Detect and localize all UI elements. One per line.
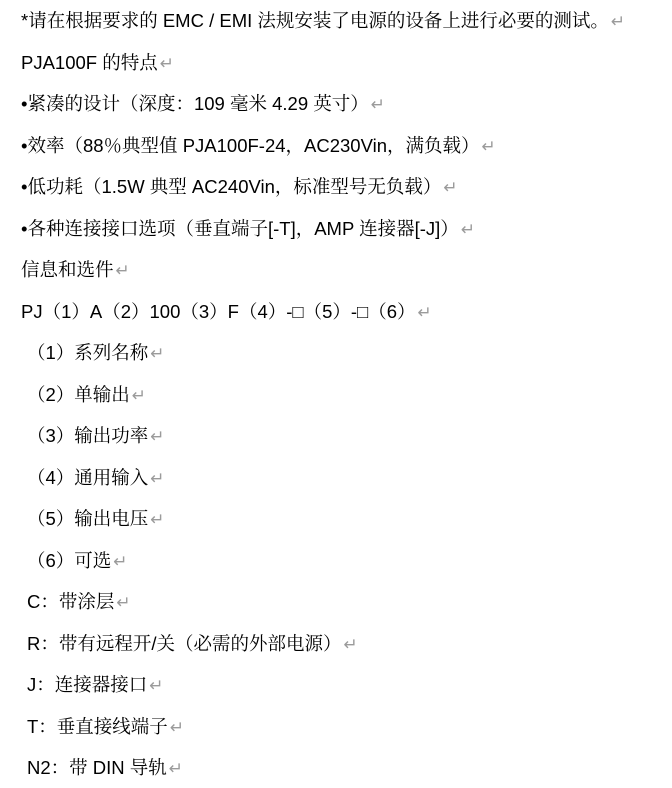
paragraph-line: （1）系列名称↵ <box>21 332 664 374</box>
paragraph-line: N2：带 DIN 导轨↵ <box>21 747 664 788</box>
paragraph-text: C：带涂层 <box>27 591 114 612</box>
paragraph-mark-icon: ↵ <box>461 220 475 239</box>
paragraph-mark-icon: ↵ <box>116 593 130 612</box>
paragraph-line: *请在根据要求的 EMC / EMI 法规安装了电源的设备上进行必要的测试。↵ <box>21 0 664 42</box>
paragraph-text: •效率（88％典型值 PJA100F-24，AC230Vin，满负载） <box>21 135 480 156</box>
paragraph-line: J：连接器接口↵ <box>21 664 664 706</box>
paragraph-line: •各种连接接口选项（垂直端子[-T]，AMP 连接器[-J]）↵ <box>21 208 664 250</box>
paragraph-mark-icon: ↵ <box>150 344 164 363</box>
paragraph-text: R：带有远程开/关（必需的外部电源） <box>27 633 342 654</box>
paragraph-line: •低功耗（1.5W 典型 AC240Vin，标准型号无负载）↵ <box>21 166 664 208</box>
paragraph-line: （4）通用输入↵ <box>21 457 664 499</box>
paragraph-line: （3）输出功率↵ <box>21 415 664 457</box>
paragraph-text: •低功耗（1.5W 典型 AC240Vin，标准型号无负载） <box>21 176 441 197</box>
paragraph-line: T：垂直接线端子↵ <box>21 706 664 748</box>
paragraph-text: •紧凑的设计（深度：109 毫米 4.29 英寸） <box>21 93 369 114</box>
paragraph-text: PJA100F 的特点 <box>21 52 158 73</box>
paragraph-text: （5）输出电压 <box>27 508 148 529</box>
paragraph-text: （2）单输出 <box>27 384 130 405</box>
paragraph-line: •紧凑的设计（深度：109 毫米 4.29 英寸）↵ <box>21 83 664 125</box>
paragraph-mark-icon: ↵ <box>443 178 457 197</box>
paragraph-mark-icon: ↵ <box>160 54 174 73</box>
paragraph-mark-icon: ↵ <box>169 759 183 778</box>
paragraph-mark-icon: ↵ <box>132 386 146 405</box>
paragraph-line: PJA100F 的特点↵ <box>21 42 664 84</box>
paragraph-mark-icon: ↵ <box>371 95 385 114</box>
paragraph-mark-icon: ↵ <box>150 427 164 446</box>
paragraph-mark-icon: ↵ <box>611 12 625 31</box>
paragraph-line: 信息和选件↵ <box>21 249 664 291</box>
paragraph-text: PJ（1）A（2）100（3）F（4）-□（5）-□（6） <box>21 301 416 322</box>
paragraph-text: 信息和选件 <box>21 259 114 280</box>
paragraph-mark-icon: ↵ <box>150 469 164 488</box>
paragraph-mark-icon: ↵ <box>344 635 358 654</box>
paragraph-line: •效率（88％典型值 PJA100F-24，AC230Vin，满负载）↵ <box>21 125 664 167</box>
paragraph-text: （3）输出功率 <box>27 425 148 446</box>
paragraph-mark-icon: ↵ <box>113 552 127 571</box>
paragraph-line: R：带有远程开/关（必需的外部电源）↵ <box>21 623 664 665</box>
document-page: *请在根据要求的 EMC / EMI 法规安装了电源的设备上进行必要的测试。↵ … <box>0 0 672 788</box>
paragraph-line: （2）单输出↵ <box>21 374 664 416</box>
paragraph-mark-icon: ↵ <box>150 510 164 529</box>
paragraph-text: （4）通用输入 <box>27 467 148 488</box>
paragraph-line: （6）可选↵ <box>21 540 664 582</box>
paragraph-text: •各种连接接口选项（垂直端子[-T]，AMP 连接器[-J]） <box>21 218 459 239</box>
paragraph-text: N2：带 DIN 导轨 <box>27 757 167 778</box>
paragraph-mark-icon: ↵ <box>418 303 432 322</box>
paragraph-text: T：垂直接线端子 <box>27 716 168 737</box>
paragraph-text: J：连接器接口 <box>27 674 147 695</box>
paragraph-line: C：带涂层↵ <box>21 581 664 623</box>
paragraph-mark-icon: ↵ <box>149 676 163 695</box>
paragraph-text: （1）系列名称 <box>27 342 148 363</box>
paragraph-line: （5）输出电压↵ <box>21 498 664 540</box>
paragraph-mark-icon: ↵ <box>170 718 184 737</box>
paragraph-line: PJ（1）A（2）100（3）F（4）-□（5）-□（6）↵ <box>21 291 664 333</box>
paragraph-mark-icon: ↵ <box>116 261 130 280</box>
paragraph-text: *请在根据要求的 EMC / EMI 法规安装了电源的设备上进行必要的测试。 <box>21 10 609 31</box>
paragraph-text: （6）可选 <box>27 550 111 571</box>
paragraph-mark-icon: ↵ <box>482 137 496 156</box>
